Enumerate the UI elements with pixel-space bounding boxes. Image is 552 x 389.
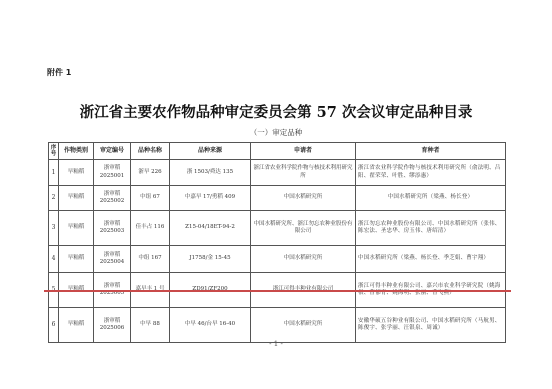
cell-breeder: 中国水稻研究所（梁燕、杨长登、季芝娟、曹宇翔） (356, 246, 506, 273)
cell-crop-type: 早籼稻 (59, 186, 94, 211)
cell-seq: 2 (49, 186, 59, 211)
cell-applicant: 中国水稻研究所 (251, 308, 356, 343)
cell-applicant: 中国水稻研究所、浙江勿忘农种业股份有限公司 (251, 211, 356, 246)
cell-crop-type: 早籼稻 (59, 308, 94, 343)
cell-approval-code: 浙审稻 2025002 (94, 186, 131, 211)
attachment-label: 附件 1 (47, 67, 71, 78)
cell-seq: 3 (49, 211, 59, 246)
cell-seq: 1 (49, 160, 59, 186)
cell-variety-name: 中组 67 (131, 186, 170, 211)
cell-variety-name: 佳丰占 116 (131, 211, 170, 246)
table-row: 1 早籼稻 浙审稻 2025001 浙早 226 浙 1503/舜达 135 浙… (49, 160, 506, 186)
cell-variety-source: 中嘉早 17/勇稻 409 (170, 186, 251, 211)
cell-variety-name: 浙早 226 (131, 160, 170, 186)
table-row: 3 早籼稻 浙审稻 2025003 佳丰占 116 Z15-04/18ET-94… (49, 211, 506, 246)
cell-variety-source: 中早 46/台早 16-40 (170, 308, 251, 343)
cell-approval-code: 浙审稻 2025006 (94, 308, 131, 343)
header-variety-name: 品种名称 (131, 143, 170, 160)
cell-seq: 4 (49, 246, 59, 273)
cell-applicant: 浙江省农业科学院作物与核技术利用研究所 (251, 160, 356, 186)
header-breeder: 育种者 (356, 143, 506, 160)
cell-seq: 6 (49, 308, 59, 343)
cell-crop-type: 早籼稻 (59, 160, 94, 186)
cell-breeder: 安徽华硕五谷种业有限公司、中国水稻研究所（马航男、陈俊宇、张学丽、汪银泉、周诚） (356, 308, 506, 343)
cell-crop-type: 早籼稻 (59, 246, 94, 273)
cell-crop-type: 早籼稻 (59, 211, 94, 246)
table-row: 4 早籼稻 浙审稻 2025004 中组 167 J1758/金 15-45 中… (49, 246, 506, 273)
header-approval-code: 审定编号 (94, 143, 131, 160)
cell-breeder: 浙江勿忘农种业股份有限公司、中国水稻研究所（张伟、陈宏法、圣忠华、房玉伟、唐绍清… (356, 211, 506, 246)
header-variety-source: 品种来源 (170, 143, 251, 160)
cell-variety-name: 中早 88 (131, 308, 170, 343)
header-applicant: 申请者 (251, 143, 356, 160)
cell-approval-code: 浙审稻 2025004 (94, 246, 131, 273)
cell-variety-source: 浙 1503/舜达 135 (170, 160, 251, 186)
cell-breeder: 中国水稻研究所（梁燕、杨长登） (356, 186, 506, 211)
cell-approval-code: 浙审稻 2025001 (94, 160, 131, 186)
approved-varieties-table: 序号 作物类别 审定编号 品种名称 品种来源 申请者 育种者 1 早籼稻 浙审稻… (48, 142, 506, 343)
table-row: 6 早籼稻 浙审稻 2025006 中早 88 中早 46/台早 16-40 中… (49, 308, 506, 343)
cell-variety-source: Z15-04/18ET-94-2 (170, 211, 251, 246)
page-number: - 1 - (0, 340, 552, 348)
cell-approval-code: 浙审稻 2025003 (94, 211, 131, 246)
cell-variety-source: J1758/金 15-45 (170, 246, 251, 273)
cell-variety-name: 中组 167 (131, 246, 170, 273)
document-title: 浙江省主要农作物品种审定委员会第 57 次会议审定品种目录 (0, 101, 552, 122)
section-heading: （一）审定品种 (0, 127, 552, 138)
header-seq: 序号 (49, 143, 59, 160)
cell-applicant: 中国水稻研究所 (251, 186, 356, 211)
red-annotation-line (44, 290, 511, 292)
header-crop-type: 作物类别 (59, 143, 94, 160)
table-row: 2 早籼稻 浙审稻 2025002 中组 67 中嘉早 17/勇稻 409 中国… (49, 186, 506, 211)
cell-applicant: 中国水稻研究所 (251, 246, 356, 273)
table-header-row: 序号 作物类别 审定编号 品种名称 品种来源 申请者 育种者 (49, 143, 506, 160)
cell-breeder: 浙江省农业科学院作物与核技术利用研究所（俞法明、吕阳、翟荣荣、叶胜、缪添惠） (356, 160, 506, 186)
